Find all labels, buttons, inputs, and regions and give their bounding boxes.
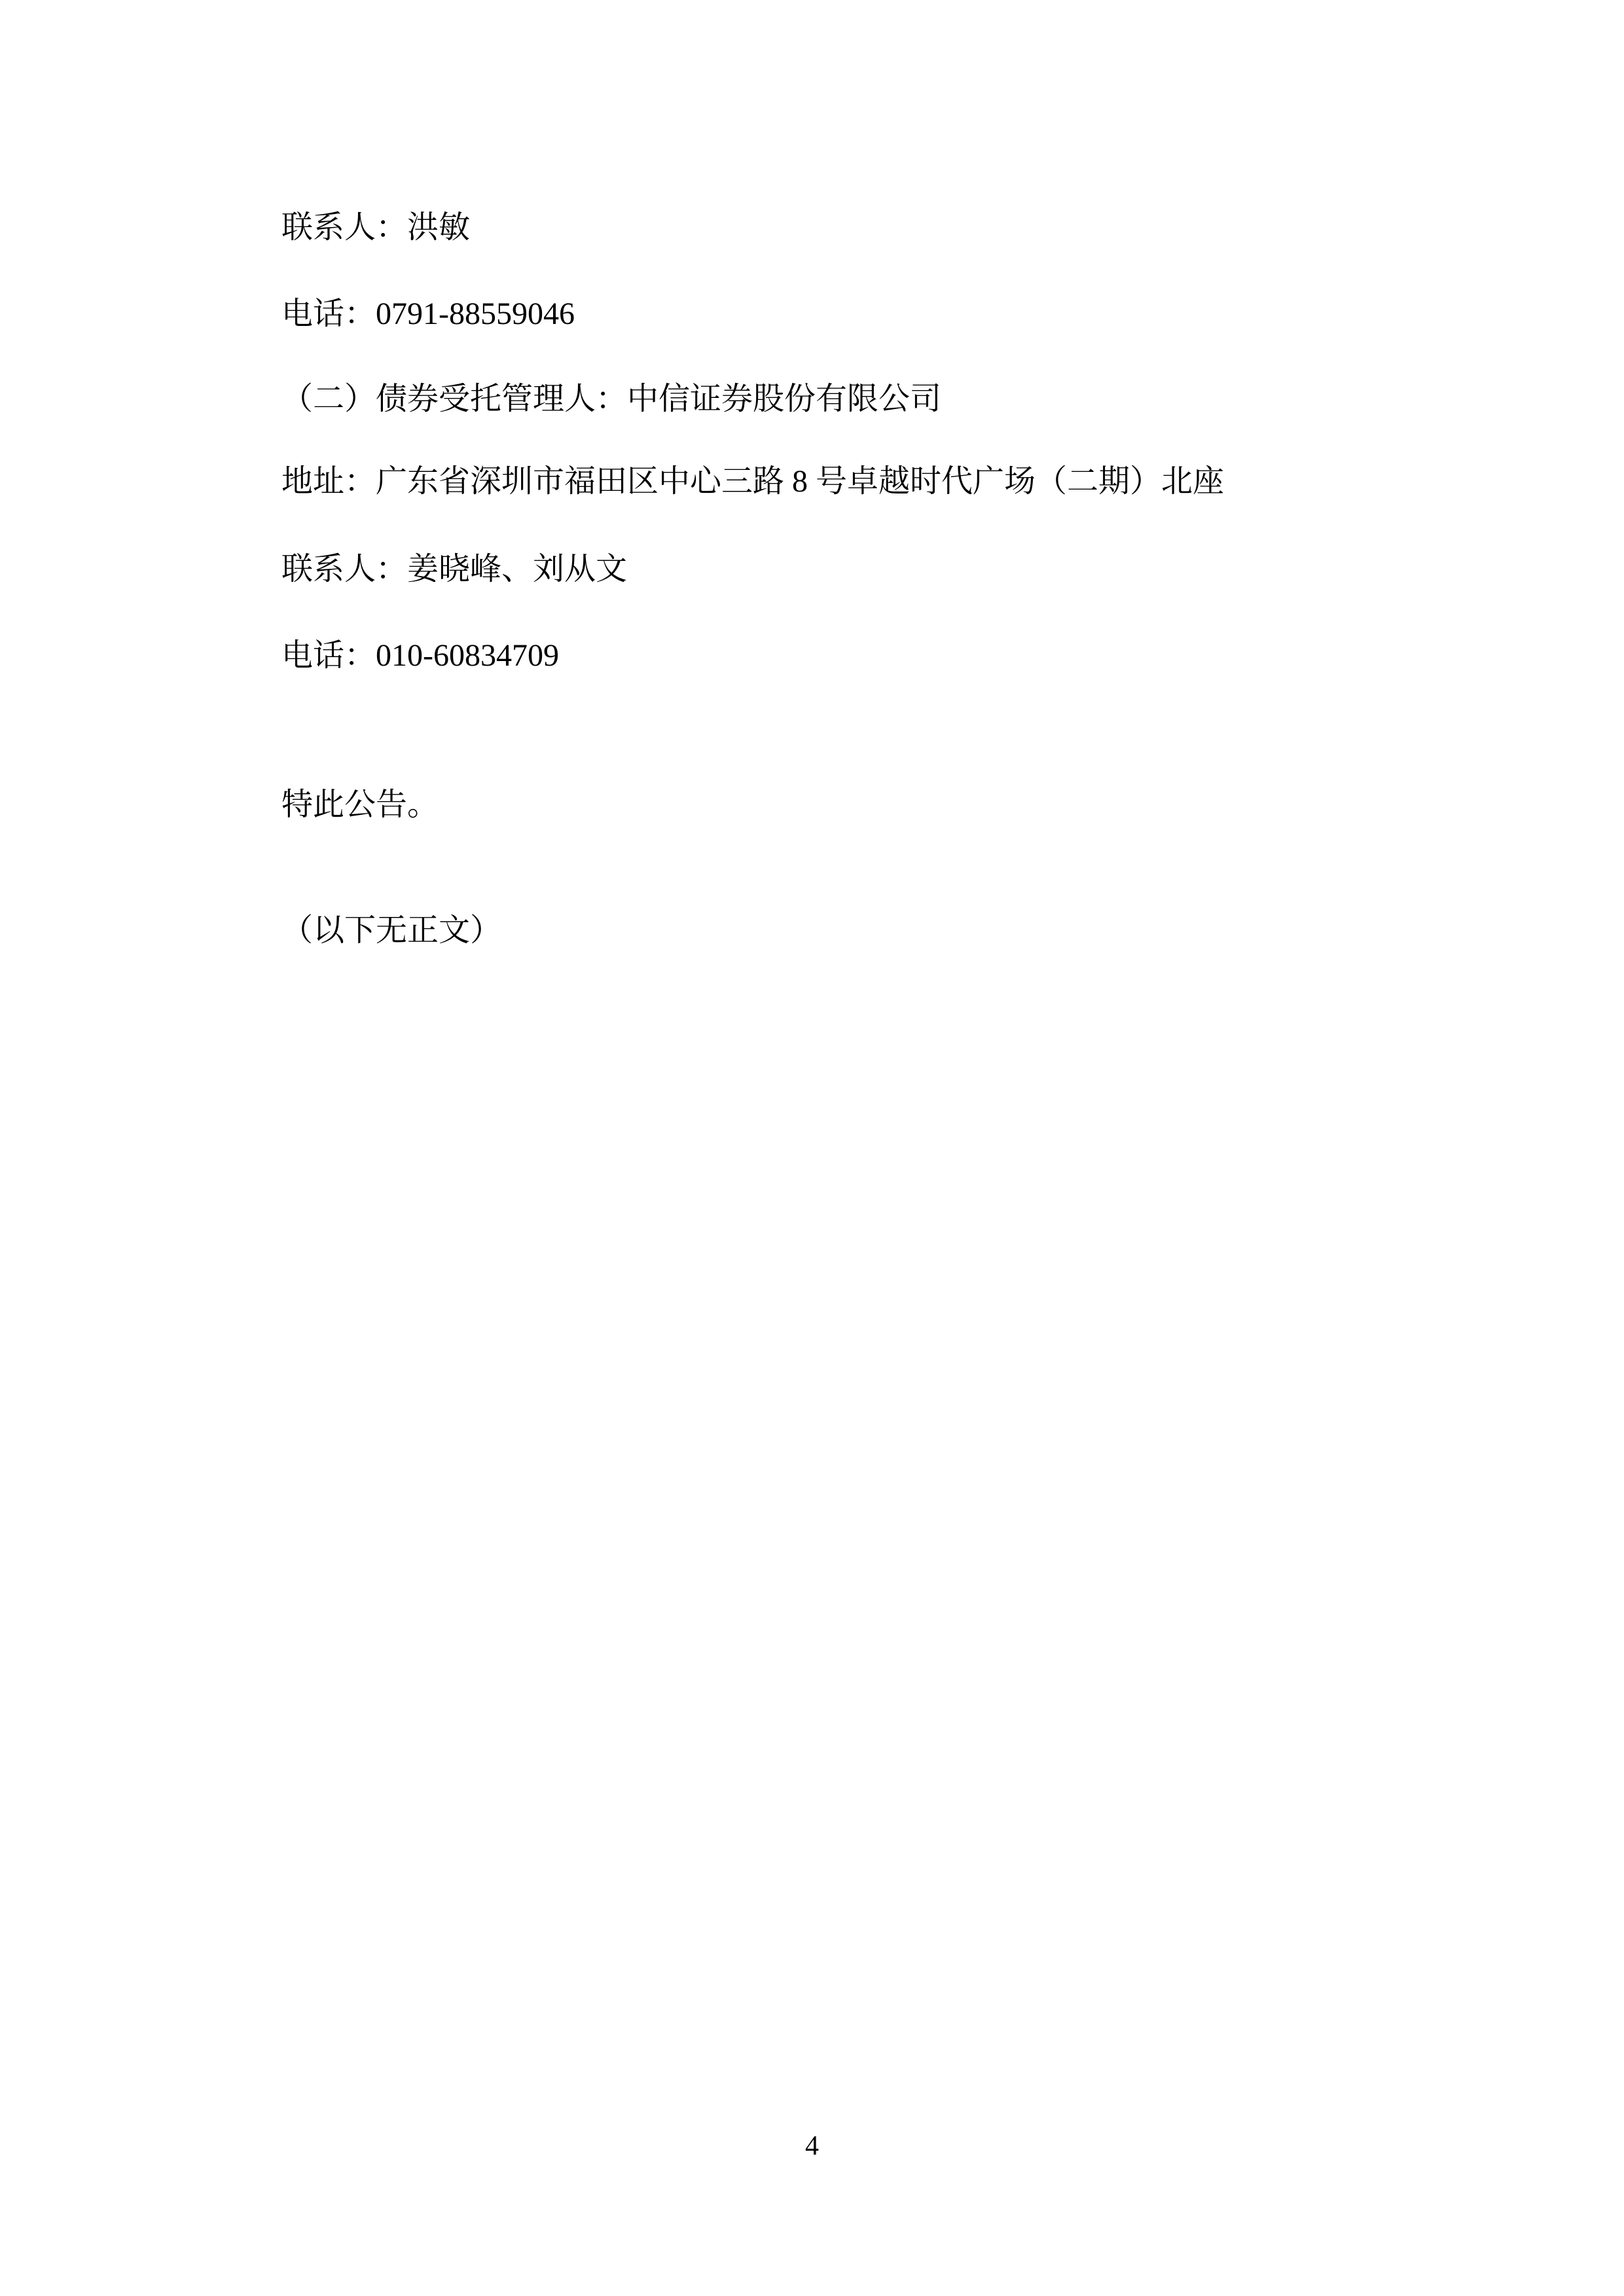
document-page: 联系人：洪敏 电话：0791-88559046 （二）债券受托管理人：中信证券股… <box>0 0 1624 2296</box>
contact-person-line-1: 联系人：洪敏 <box>281 212 470 243</box>
page-number: 4 <box>0 2132 1624 2160</box>
contact-person-line-2: 联系人：姜晓峰、刘从文 <box>281 554 627 585</box>
phone-line-2: 电话：010-60834709 <box>281 640 559 672</box>
announcement-closing-line: 特此公告。 <box>281 789 439 821</box>
bond-trustee-heading-line: （二）债券受托管理人：中信证券股份有限公司 <box>281 384 941 415</box>
address-line: 地址：广东省深圳市福田区中心三路 8 号卓越时代广场（二期）北座 <box>281 466 1224 497</box>
no-body-text-below-line: （以下无正文） <box>281 915 501 946</box>
phone-line-1: 电话：0791-88559046 <box>281 298 575 330</box>
